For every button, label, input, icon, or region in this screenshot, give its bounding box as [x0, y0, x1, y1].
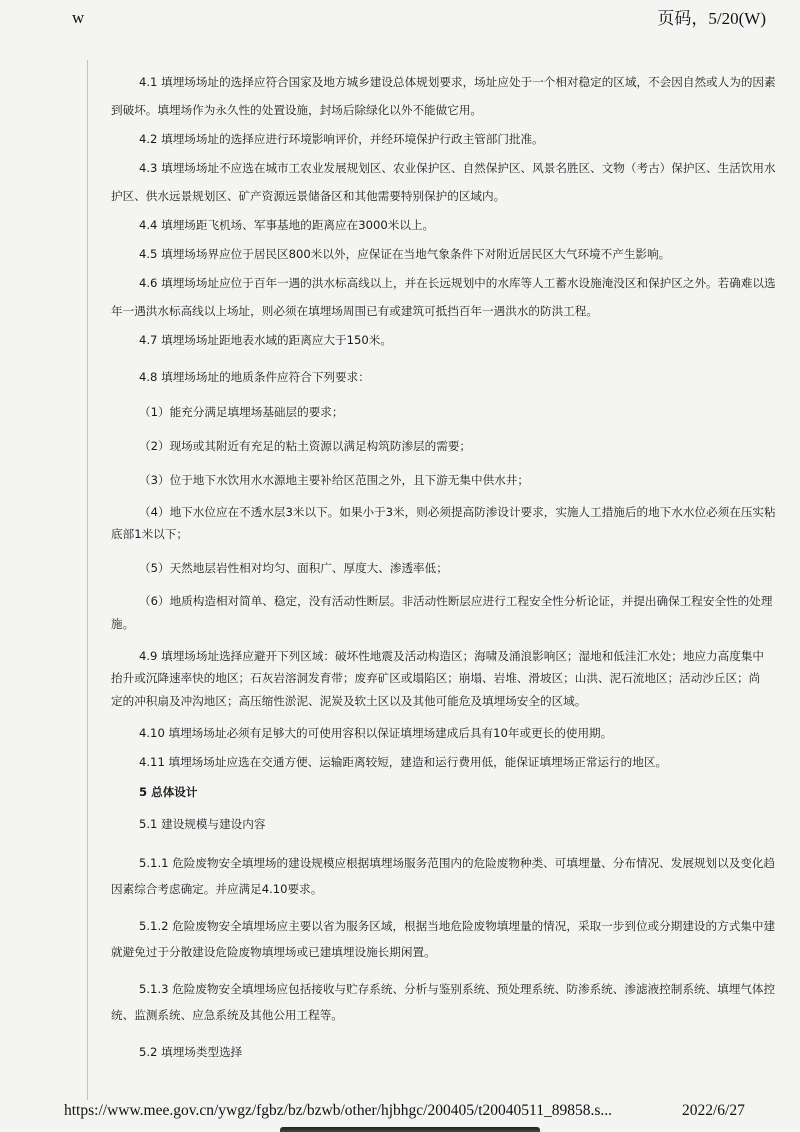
paragraph-4-3-line-1: 4.3 填埋场场址不应选在城市工农业发展规划区、农业保护区、自然保护区、风景名胜… [111, 158, 776, 178]
paragraph-5-1-3-line-2: 统、监测系统、应急系统及其他公用工程等。 [111, 1005, 343, 1025]
paragraph-4-1-line-2: 到破坏。填埋场作为永久性的处置设施，封场后除绿化以外不能做它用。 [111, 100, 482, 120]
list-item-3: （3）位于地下水饮用水水源地主要补给区范围之外，且下游无集中供水井； [111, 470, 529, 490]
section-heading-5: 5 总体设计 [111, 782, 197, 802]
paragraph-4-9-line-1: 4.9 填埋场场址选择应避开下列区域：破坏性地震及活动构造区；海啸及涌浪影响区；… [111, 646, 764, 666]
page-edge-line [87, 60, 88, 1100]
list-item-4-line-1: （4）地下水位应在不透水层3米以下。如果小于3米，则必须提高防渗设计要求，实施人… [111, 502, 776, 522]
list-item-6-line-1: （6）地质构造相对简单、稳定，没有活动性断层。非活动性断层应进行工程安全性分析论… [111, 591, 772, 611]
list-item-6-line-2: 施。 [111, 614, 134, 634]
list-item-1: （1）能充分满足填埋场基础层的要求； [111, 402, 343, 422]
subsection-heading-5-1: 5.1 建设规模与建设内容 [111, 814, 265, 834]
paragraph-4-10: 4.10 填埋场场址必须有足够大的可使用容积以保证填埋场建成后具有10年或更长的… [111, 723, 612, 743]
paragraph-4-9-line-2: 抬升或沉降速率快的地区；石灰岩溶洞发育带；废弃矿区或塌陷区；崩塌、岩堆、滑坡区；… [111, 668, 760, 688]
paragraph-4-8: 4.8 填埋场场址的地质条件应符合下列要求： [111, 367, 370, 387]
paragraph-4-2: 4.2 填埋场场址的选择应进行环境影响评价，并经环境保护行政主管部门批准。 [111, 129, 544, 149]
paragraph-4-3-line-2: 护区、供水远景规划区、矿产资源远景储备区和其他需要特别保护的区域内。 [111, 186, 505, 206]
print-date: 2022/6/27 [682, 1102, 745, 1120]
paragraph-4-9-line-3: 定的冲积扇及冲沟地区；高压缩性淤泥、泥炭及软土区以及其他可能危及填埋场安全的区域… [111, 691, 586, 711]
subsection-heading-5-2: 5.2 填埋场类型选择 [111, 1042, 242, 1062]
list-item-4-line-2: 底部1米以下； [111, 524, 188, 544]
paragraph-4-1-line-1: 4.1 填埋场场址的选择应符合国家及地方城乡建设总体规划要求，场址应处于一个相对… [111, 72, 776, 92]
list-item-5: （5）天然地层岩性相对均匀、面积广、厚度大、渗透率低； [111, 558, 448, 578]
paragraph-4-6-line-2: 年一遇洪水标高线以上场址，则必须在填埋场周围已有或建筑可抵挡百年一遇洪水的防洪工… [111, 301, 598, 321]
paragraph-5-1-3-line-1: 5.1.3 危险废物安全填埋场应包括接收与贮存系统、分析与鉴别系统、预处理系统、… [111, 979, 775, 999]
paragraph-4-11: 4.11 填埋场场址应选在交通方便、运输距离较短，建造和运行费用低，能保证填埋场… [111, 752, 667, 772]
source-url: https://www.mee.gov.cn/ywgz/fgbz/bz/bzwb… [64, 1102, 612, 1120]
paragraph-4-5: 4.5 填埋场场界应位于居民区800米以外，应保证在当地气象条件下对附近居民区大… [111, 244, 670, 264]
paragraph-5-1-2-line-1: 5.1.2 危险废物安全填埋场应主要以省为服务区域，根据当地危险废物填埋量的情况… [111, 916, 775, 936]
paragraph-4-7: 4.7 填埋场场址距地表水域的距离应大于150米。 [111, 330, 392, 350]
print-header-left: w [72, 8, 84, 28]
paragraph-5-1-1-line-1: 5.1.1 危险废物安全填埋场的建设规模应根据填埋场服务范围内的危险废物种类、可… [111, 853, 775, 873]
page-number: 页码，5/20(W) [657, 4, 766, 29]
paragraph-5-1-1-line-2: 因素综合考虑确定。并应满足4.10要求。 [111, 879, 322, 899]
paragraph-4-6-line-1: 4.6 填埋场场址应位于百年一遇的洪水标高线以上，并在长远规划中的水库等人工蓄水… [111, 273, 776, 293]
paragraph-4-4: 4.4 填埋场距飞机场、军事基地的距离应在3000米以上。 [111, 215, 434, 235]
list-item-2: （2）现场或其附近有充足的粘土资源以满足构筑防渗层的需要； [111, 436, 471, 456]
scan-edge-shadow [280, 1127, 540, 1132]
paragraph-5-1-2-line-2: 就避免过于分散建设危险废物填埋场或已建填埋设施长期闲置。 [111, 942, 436, 962]
